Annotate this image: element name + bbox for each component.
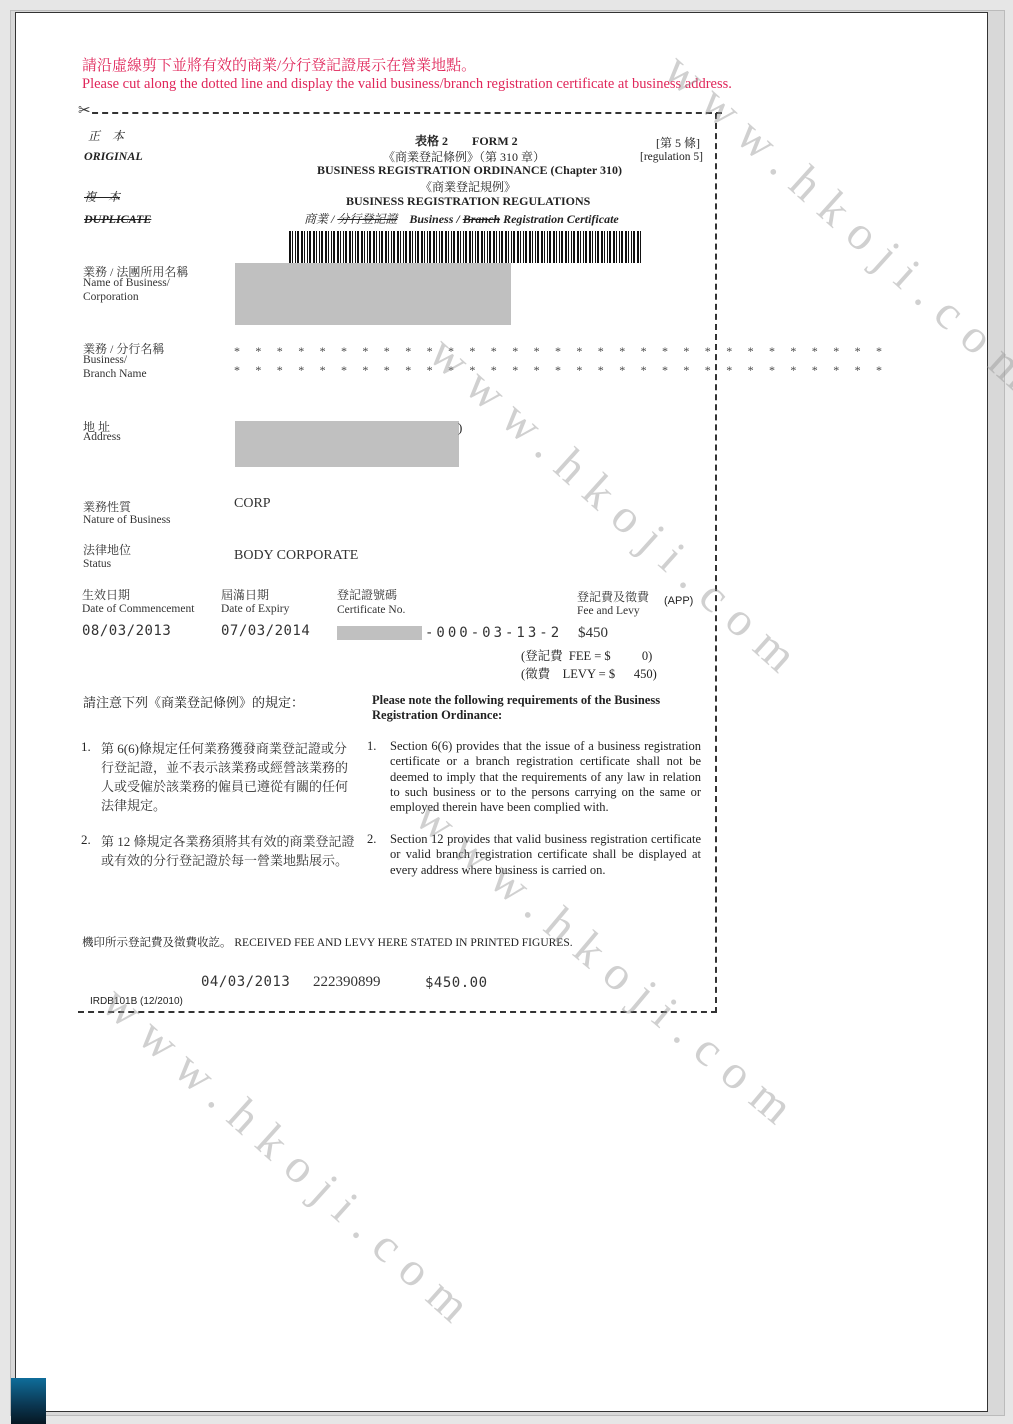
branch-label-en-1: Business/ [83,354,127,366]
cut-instruction-chinese: 請沿虛線剪下並將有效的商業/分行登記證展示在營業地點。 [82,54,476,75]
status-label-en: Status [83,558,111,570]
receipt-statement: 機印所示登記費及徵費收訖。 RECEIVED FEE AND LEVY HERE… [82,934,573,950]
expiry-value: 07/03/2014 [221,623,310,639]
name-label-en-2: Corporation [83,291,139,303]
note-2-number-cn: 2. [81,832,91,848]
regulation-ref-cn: [第 5 條] [656,134,700,151]
fee-value: $450 [578,625,608,642]
note-2-number-en: 2. [367,832,376,847]
certificate-no-redacted [337,626,422,640]
address-redacted [235,421,459,467]
cert-title-cn-branch: 分行登記證 [337,212,397,226]
commencement-label-cn: 生效日期 [82,586,130,603]
regulations-en: BUSINESS REGISTRATION REGULATIONS [346,194,590,209]
cert-title-en-suffix: Registration Certificate [503,212,619,226]
duplicate-label-en: DUPLICATE [84,212,151,227]
barcode [289,231,641,263]
certificate-title: 商業 / 分行登記證 Business / Branch Registratio… [304,210,619,227]
notes-heading-cn: 請注意下列《商業登記條例》的規定： [83,692,304,711]
note-1-number-cn: 1. [81,739,91,755]
commencement-value: 08/03/2013 [82,623,171,639]
original-label-cn: 正 本 [88,127,124,144]
expiry-label-en: Date of Expiry [221,603,289,615]
note-2-text-cn: 第 12 條規定各業務須將其有效的商業登記證或有效的分行登記證於每一營業地點展示… [101,832,357,870]
status-label-cn: 法律地位 [83,541,131,558]
receipt-number: 222390899 [313,974,381,991]
branch-value-line-1: * * * * * * * * * * * * * * * * * * * * … [234,344,888,359]
regulations-cn: 《商業登記規例》 [420,178,516,195]
cert-title-en-branch: Branch [463,212,500,226]
note-1-number-en: 1. [367,739,376,754]
ordinance-en: BUSINESS REGISTRATION ORDINANCE (Chapter… [317,163,622,178]
regulation-ref-en: [regulation 5] [640,151,703,163]
note-1-text-cn: 第 6(6)條規定任何業務獲發商業登記證或分行登記證，並不表示該業務或經營該業務… [101,739,357,815]
levy-breakdown: (徵費 LEVY = $ 450) [521,664,657,682]
form-number: 表格 2 FORM 2 [415,132,518,149]
corner-tab [11,1378,46,1424]
cut-instruction-english: Please cut along the dotted line and dis… [82,76,732,93]
nature-label-cn: 業務性質 [83,498,131,515]
name-redacted [235,263,511,325]
certificate-no-label-cn: 登記證號碼 [337,586,397,603]
receipt-amount: $450.00 [425,975,488,991]
nature-value: CORP [234,496,271,512]
fee-label-cn: 登記費及徵費 [577,588,649,605]
original-label-en: ORIGINAL [84,149,143,164]
expiry-label-cn: 屆滿日期 [221,586,269,603]
nature-label-en: Nature of Business [83,514,171,526]
certificate-no-suffix: -000-03-13-2 [425,625,562,641]
branch-value-line-2: * * * * * * * * * * * * * * * * * * * * … [234,363,888,378]
branch-label-en-2: Branch Name [83,368,147,380]
cert-title-cn-business: 商業 / [304,212,334,226]
notes-heading-en: Please note the following requirements o… [372,693,702,723]
commencement-label-en: Date of Commencement [82,603,194,615]
certificate-no-label-en: Certificate No. [337,604,405,616]
duplicate-label-cn: 複 本 [84,188,120,205]
fee-breakdown: (登記費 FEE = $ 0) [521,646,652,664]
address-trailing: ) [458,420,462,436]
cert-title-en-business: Business / [409,212,459,226]
address-label-en: Address [83,431,121,443]
name-label-en-1: Name of Business/ [83,277,170,289]
fee-label-en: Fee and Levy [577,605,640,617]
receipt-date: 04/03/2013 [201,974,290,990]
status-value: BODY CORPORATE [234,548,358,564]
